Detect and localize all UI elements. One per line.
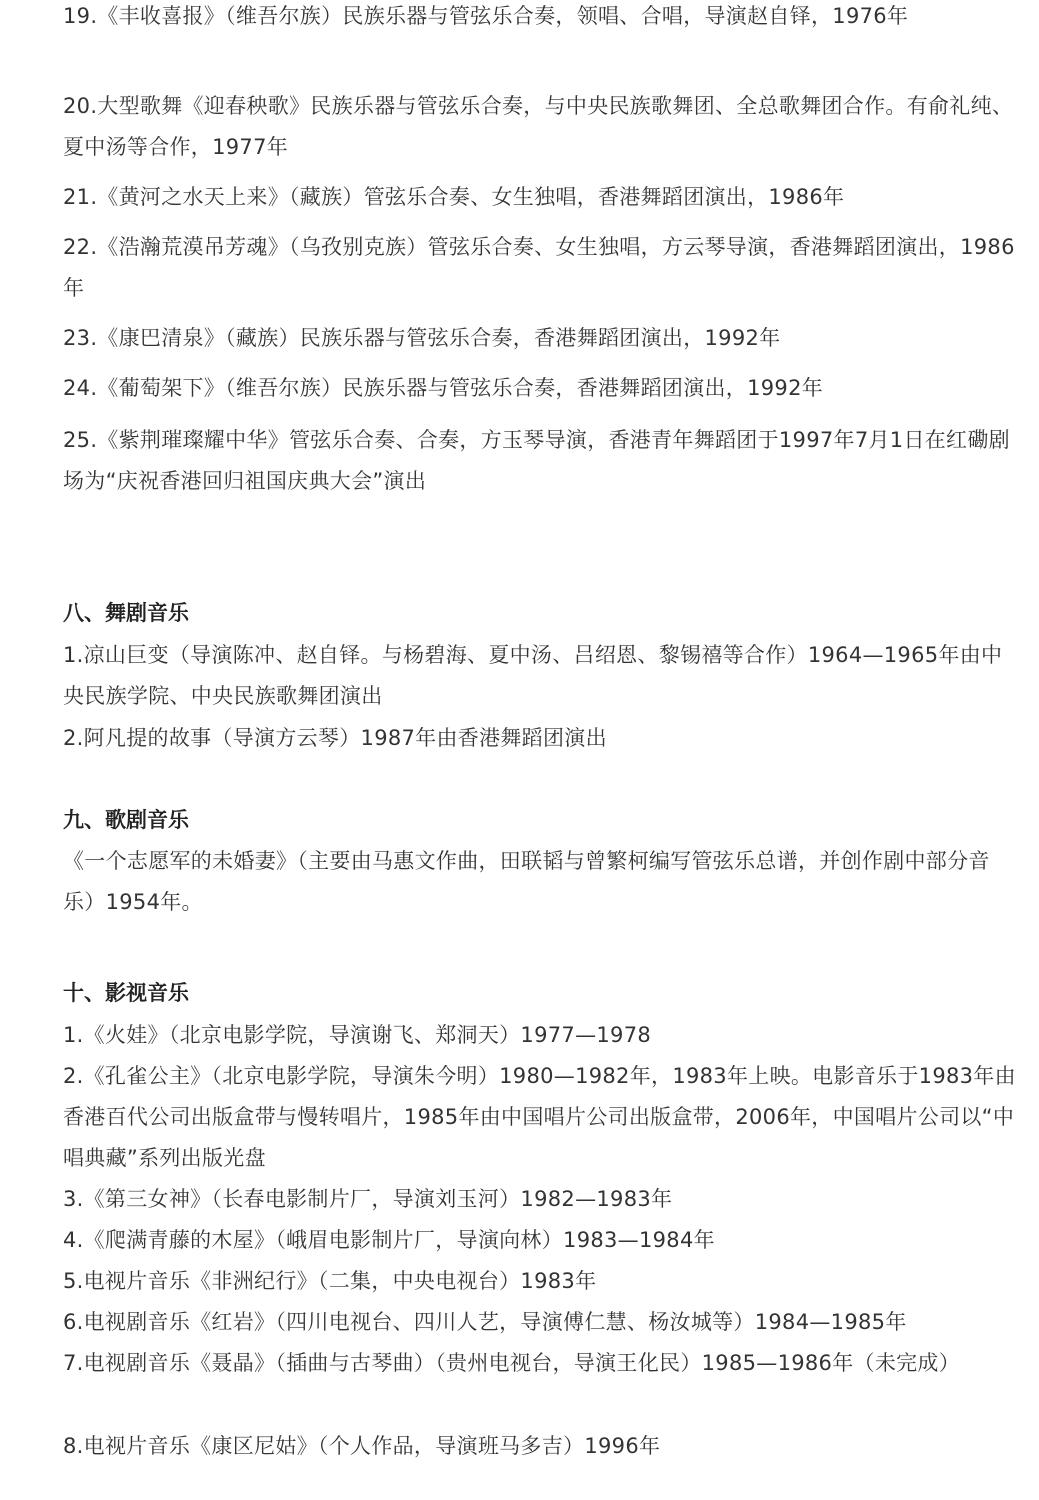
list-item: 6.电视剧音乐《红岩》（四川电视台、四川人艺，导演傅仁慧、杨汝城等）1984—1…: [63, 1302, 1018, 1343]
list-item: 24.《葡萄架下》（维吾尔族）民族乐器与管弦乐合奏，香港舞蹈团演出，1992年: [63, 368, 1018, 409]
list-item: 7.电视剧音乐《聂晶》（插曲与古琴曲）（贵州电视台，导演王化民）1985—198…: [63, 1343, 1018, 1384]
section-heading-opera: 九、歌剧音乐: [63, 800, 1018, 841]
list-item: 25.《紫荆璀璨耀中华》管弦乐合奏、合奏，方玉琴导演，香港青年舞蹈团于1997年…: [63, 420, 1018, 502]
list-item: 23.《康巴清泉》（藏族）民族乐器与管弦乐合奏，香港舞蹈团演出，1992年: [63, 318, 1018, 359]
list-item: 5.电视片音乐《非洲纪行》（二集，中央电视台）1983年: [63, 1261, 1018, 1302]
list-item: 《一个志愿军的未婚妻》（主要由马惠文作曲，田联韬与曾繁柯编写管弦乐总谱，并创作剧…: [63, 841, 1018, 923]
list-item: 22.《浩瀚荒漠吊芳魂》（乌孜别克族）管弦乐合奏、女生独唱，方云琴导演，香港舞蹈…: [63, 227, 1018, 309]
list-item: 4.《爬满青藤的木屋》（峨眉电影制片厂，导演向林）1983—1984年: [63, 1220, 1018, 1261]
list-item: 3.《第三女神》（长春电影制片厂，导演刘玉河）1982—1983年: [63, 1179, 1018, 1220]
list-item: 20.大型歌舞《迎春秧歌》民族乐器与管弦乐合奏，与中央民族歌舞团、全总歌舞团合作…: [63, 86, 1018, 168]
list-item: 1.凉山巨变（导演陈冲、赵自铎。与杨碧海、夏中汤、吕绍恩、黎锡禧等合作）1964…: [63, 635, 1018, 717]
list-item: 2.《孔雀公主》（北京电影学院，导演朱今明）1980—1982年，1983年上映…: [63, 1056, 1018, 1179]
section-heading-film-tv: 十、影视音乐: [63, 973, 1018, 1014]
list-item: 2.阿凡提的故事（导演方云琴）1987年由香港舞蹈团演出: [63, 718, 1018, 759]
list-item: 21.《黄河之水天上来》（藏族）管弦乐合奏、女生独唱，香港舞蹈团演出，1986年: [63, 177, 1018, 218]
section-heading-dance-drama: 八、舞剧音乐: [63, 593, 1018, 634]
list-item: 8.电视片音乐《康区尼姑》（个人作品，导演班马多吉）1996年: [63, 1426, 1018, 1467]
list-item: 19.《丰收喜报》（维吾尔族）民族乐器与管弦乐合奏，领唱、合唱，导演赵自铎，19…: [63, 0, 1018, 37]
list-item: 1.《火娃》（北京电影学院，导演谢飞、郑洞天）1977—1978: [63, 1015, 1018, 1056]
